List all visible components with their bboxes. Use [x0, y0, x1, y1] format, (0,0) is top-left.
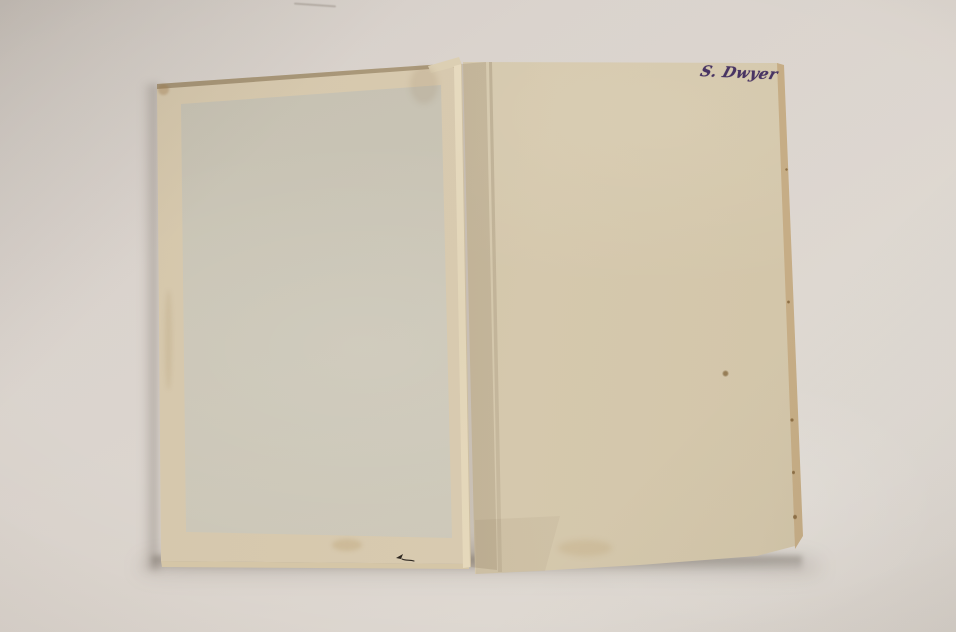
photo-of-open-book: S. Dwyer: [0, 0, 956, 632]
foxing-speck: [793, 514, 797, 520]
foxing-speck: [787, 300, 790, 304]
foxing-speck: [790, 418, 794, 422]
ink-mark-icon: [394, 551, 416, 564]
foxing-spot-right-page: [722, 370, 729, 377]
foxing-speck: [792, 470, 795, 475]
corner-wear-mark: [158, 84, 169, 95]
stain-page-bottom: [558, 540, 612, 556]
owner-signature: S. Dwyer: [695, 62, 796, 96]
speckles-left-border: [165, 290, 172, 390]
stain-cover-bottom: [332, 539, 362, 551]
book-shadow-left: [142, 84, 158, 570]
foxing-speck: [785, 168, 788, 171]
smudge-top-gutter: [410, 66, 438, 104]
table-scratch-mark: [294, 3, 336, 8]
